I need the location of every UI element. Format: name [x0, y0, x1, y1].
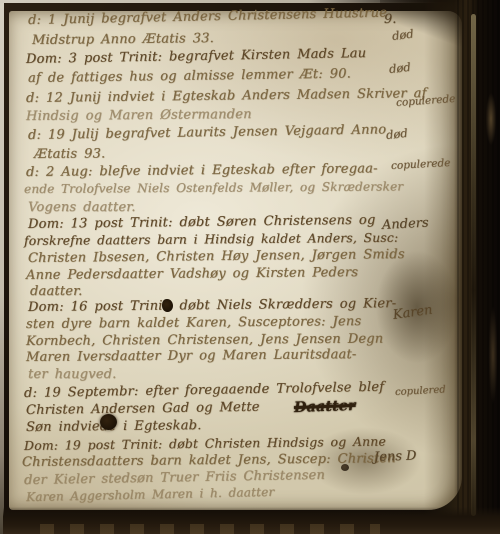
manuscript-line: forskrefne daatters barn i Hindsig kalde…	[24, 231, 398, 248]
margin-note: Anders	[382, 216, 429, 233]
manuscript-line: ende Trolofvelse Niels Ostenfelds Møller…	[24, 179, 403, 196]
ink-blot	[100, 414, 117, 430]
handwriting-layer: d: 1 Junij begrafvet Anders Christensens…	[0, 0, 500, 534]
manuscript-line: Christensdaatters barn kaldet Jens, Susc…	[22, 451, 396, 470]
manuscript-line: Dom: 19 post Trinit: døbt Christen Hinds…	[24, 434, 386, 453]
margin-note: død	[391, 26, 414, 43]
struck-word: Daatter	[294, 397, 356, 416]
manuscript-line: af de fattiges hus og almisse lemmer Æt:…	[28, 66, 351, 86]
manuscript-line: Vogens daatter.	[28, 200, 136, 215]
manuscript-line: d: 12 Junij indviet i Egteskab Anders Ma…	[26, 86, 427, 106]
ink-blot	[162, 299, 173, 312]
manuscript-line: Dom: 3 post Trinit: begrafvet Kirsten Ma…	[26, 46, 367, 67]
manuscript-line: Maren Iversdaatter Dyr og Maren Lauritsd…	[26, 347, 357, 365]
manuscript-line: Dom: 13 post Trinit: døbt Søren Christen…	[28, 213, 376, 232]
margin-note: copulerede	[391, 157, 451, 172]
ink-blot	[341, 464, 349, 471]
manuscript-line: Anne Pedersdaatter Vadshøy og Kirsten Pe…	[26, 265, 358, 283]
manuscript-line: ter haugved.	[28, 367, 116, 382]
register-page-photo: d: 1 Junij begrafvet Anders Christensens…	[0, 0, 500, 534]
book-spine-shadow	[454, 0, 500, 534]
spine-texture	[487, 290, 499, 420]
manuscript-line: Karen Aggersholm Maren i h. daatter	[26, 485, 275, 504]
bottom-edge-texture	[40, 524, 380, 534]
manuscript-line: Christen Ibsesen, Christen Høy Jensen, J…	[28, 247, 405, 266]
manuscript-line: der Kieler stedsøn Truer Friis Christens…	[24, 468, 325, 488]
margin-note: 9.	[384, 12, 396, 27]
manuscript-line: Hindsig og Maren Østermanden	[26, 107, 252, 124]
manuscript-line: d: 19 Julij begrafvet Laurits Jensen Vej…	[28, 122, 386, 143]
manuscript-line: Midstrup Anno Ætatis 33.	[32, 31, 214, 48]
manuscript-line: d: 2 Aug: blefve indviet i Egteskab efte…	[26, 161, 378, 180]
margin-note: Karen	[392, 303, 433, 323]
page-edge-highlight	[471, 14, 476, 516]
manuscript-line: Dom: 16 post Trinit: døbt Niels Skrædder…	[28, 296, 396, 315]
manuscript-line: sten dyre barn kaldet Karen, Susceptores…	[26, 314, 361, 332]
margin-note: Jens D	[374, 449, 417, 465]
margin-note: død	[385, 126, 408, 142]
margin-note: copulered	[395, 384, 446, 398]
manuscript-line: d: 1 Junij begrafvet Anders Christensens…	[28, 5, 387, 28]
manuscript-line: daatter.	[30, 284, 82, 299]
manuscript-line: Ætatis 93.	[34, 147, 105, 162]
spine-texture	[484, 84, 498, 154]
manuscript-line: Christen Andersen Gad og Mette	[26, 400, 260, 418]
margin-note: død	[388, 60, 411, 76]
